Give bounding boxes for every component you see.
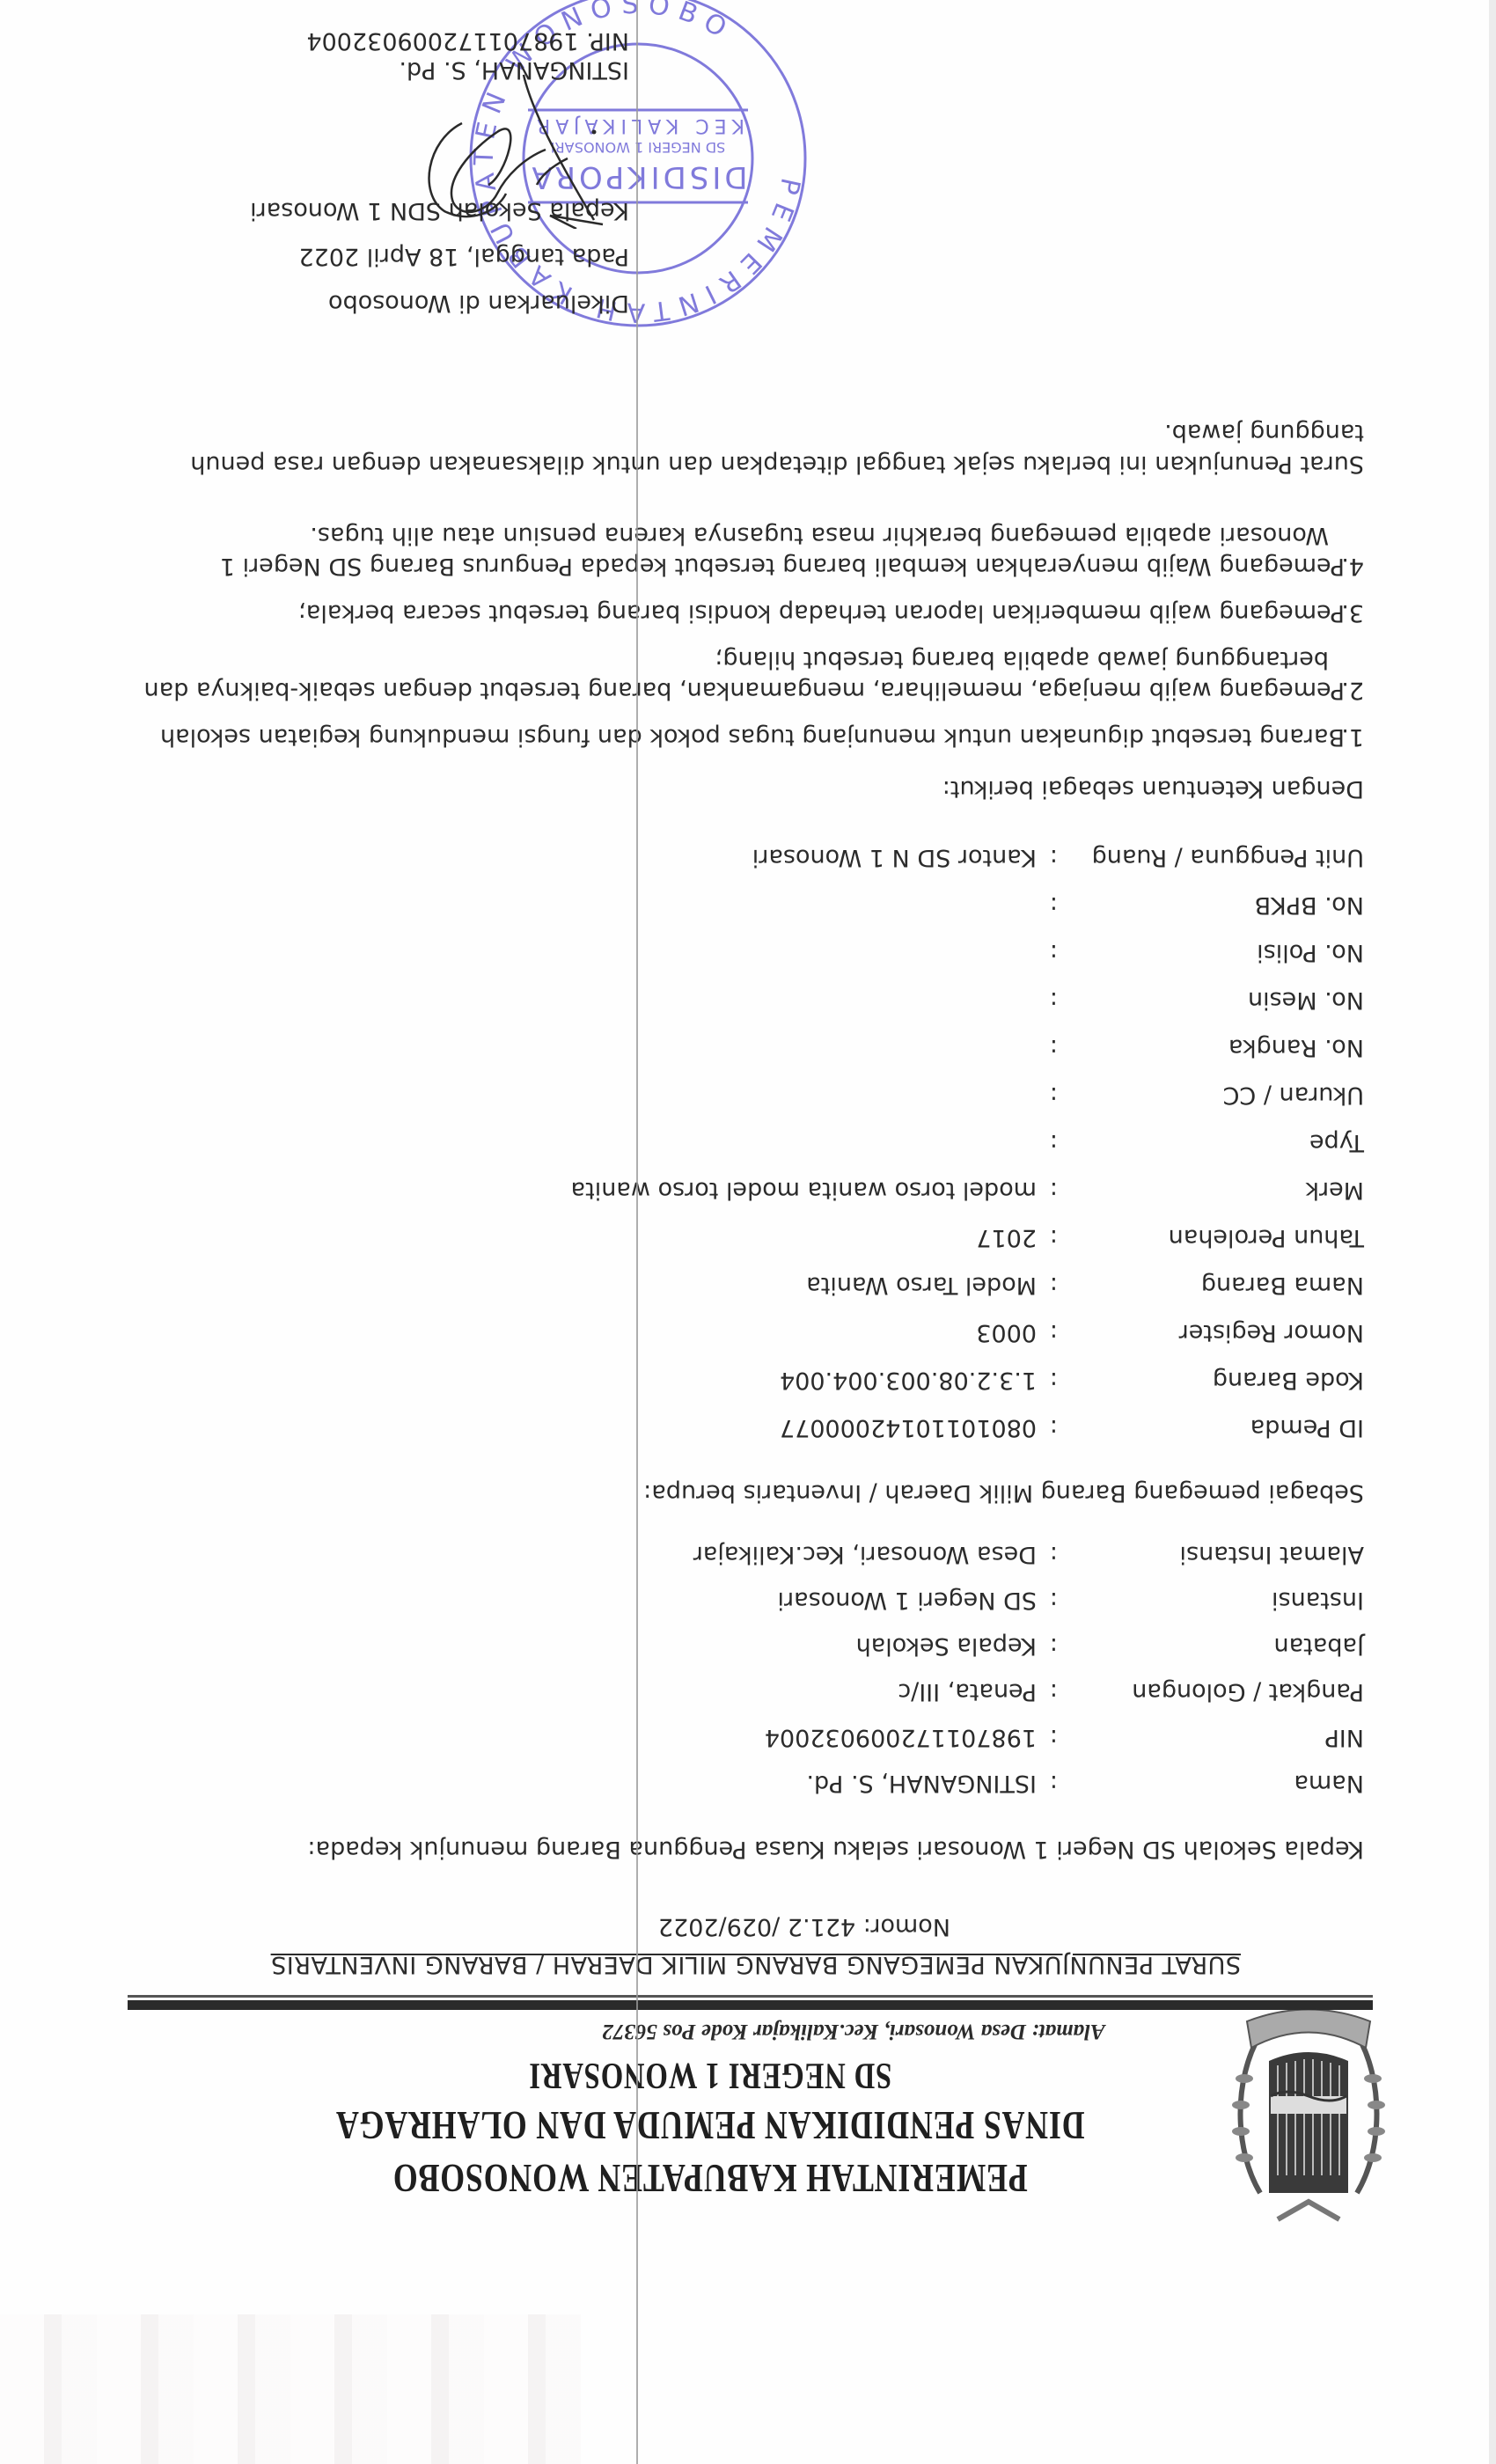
field-label: Alamat Instansi [1065, 1541, 1364, 1568]
field-label: Nama [1065, 1770, 1364, 1797]
field-colon: : [1050, 1319, 1058, 1346]
field-colon: : [1050, 1224, 1058, 1251]
field-value: 1.3.2.08.003.004.004 [780, 1367, 1037, 1394]
field-colon: : [1050, 1129, 1058, 1156]
handwritten-signature-icon [400, 70, 629, 229]
closing-text: Surat Penunjukan ini berlaku sejak tangg… [123, 416, 1364, 480]
field-label: Merk [1065, 1177, 1364, 1204]
field-colon: : [1050, 1367, 1058, 1394]
field-row: No. Rangka: [132, 1026, 1364, 1061]
letterhead-address: Alamat: Desa Wonosari, Kec.Kalikajar Kod… [414, 2019, 1294, 2043]
field-colon: : [1050, 1678, 1058, 1705]
field-row: ID Pemda:08010110142000077 [132, 1406, 1364, 1441]
field-label: Nomor Register [1065, 1319, 1364, 1346]
term-item: 2.Pemegang wajib menjaga, memelihara, me… [114, 644, 1364, 706]
field-row: No. Mesin: [132, 979, 1364, 1014]
field-colon: : [1050, 1414, 1058, 1441]
signer-name: ISTINGANAH, S. Pd. [399, 56, 629, 84]
field-row: Nama:ISTINGANAH, S. Pd. [132, 1762, 1364, 1797]
field-label: No. Polisi [1065, 939, 1364, 966]
field-row: Type: [132, 1121, 1364, 1156]
field-colon: : [1050, 1082, 1058, 1109]
issued-date: Pada tanggal, 18 April 2022 [298, 243, 629, 270]
term-text: Pemegang Wajib menyerahkan kembali baran… [114, 520, 1364, 582]
scan-edge-strip [1489, 0, 1496, 2464]
scanned-document-page: PEMERINTAH KABUPATEN WONOSOBO DINAS PEND… [0, 0, 1496, 2464]
field-label: Jabatan [1065, 1632, 1364, 1660]
letterhead-line-2: DINAS PENDIDIKAN PEMUDA DAN OLAHRAGA [281, 2102, 1139, 2149]
field-row: Pangkat / Golongan:Penata, III/c [132, 1670, 1364, 1705]
field-colon: : [1050, 1632, 1058, 1660]
field-row: Merk:model torso wanita model torso wani… [132, 1169, 1364, 1204]
field-label: No. Mesin [1065, 986, 1364, 1014]
field-colon: : [1050, 939, 1058, 966]
letterhead-rule [128, 2000, 1373, 2010]
field-row: No. Polisi: [132, 931, 1364, 966]
document-number: Nomor: 421.2 /029/2022 [658, 1913, 950, 1940]
field-row: Nama Barang:Model Tarso Wanita [132, 1264, 1364, 1299]
term-text: Pemegang wajib memberikan laporan terhad… [114, 598, 1364, 628]
field-value: Kantor SD N 1 Wonosari [752, 844, 1037, 871]
field-label: Tahun Perolehan [1065, 1224, 1364, 1251]
field-value: Model Tarso Wanita [806, 1272, 1037, 1299]
scan-shading [0, 2314, 581, 2464]
term-text: Pemegang wajib menjaga, memelihara, meng… [114, 644, 1364, 706]
term-item: 3.Pemegang wajib memberikan laporan terh… [114, 598, 1364, 628]
field-label: Unit Pengguna / Ruang [1065, 844, 1364, 871]
field-row: Tahun Perolehan:2017 [132, 1216, 1364, 1251]
field-value: Penata, III/c [898, 1678, 1037, 1705]
field-value: 198701172009032004 [765, 1724, 1037, 1751]
field-value: 2017 [976, 1224, 1037, 1251]
term-text: Barang tersebut digunakan untuk menunjan… [114, 722, 1364, 752]
field-label: Instansi [1065, 1587, 1364, 1614]
field-row: Jabatan:Kepala Sekolah [132, 1624, 1364, 1660]
field-colon: : [1050, 1724, 1058, 1751]
field-colon: : [1050, 844, 1058, 871]
field-value: Desa Wonosari, Kec.Kalikajar [693, 1541, 1037, 1568]
field-value: Kepala Sekolah [856, 1632, 1037, 1660]
field-colon: : [1050, 891, 1058, 919]
field-colon: : [1050, 1272, 1058, 1299]
letterhead-line-3: SD NEGERI 1 WONOSARI [281, 2054, 1139, 2096]
term-item: 1.Barang tersebut digunakan untuk menunj… [114, 722, 1364, 752]
issued-place: Dikeluarkan di Wonosobo [328, 290, 629, 317]
field-row: Alamat Instansi:Desa Wonosari, Kec.Kalik… [132, 1533, 1364, 1568]
field-row: Ukuran / CC: [132, 1074, 1364, 1109]
field-value: SD Negeri 1 Wonosari [778, 1587, 1038, 1614]
field-row: Kode Barang:1.3.2.08.003.004.004 [132, 1359, 1364, 1394]
field-label: Nama Barang [1065, 1272, 1364, 1299]
document-title: SURAT PENUNJUKAN PEMEGANG BARANG MILIK D… [271, 1951, 1241, 1978]
field-label: Kode Barang [1065, 1367, 1364, 1394]
field-row: Unit Pengguna / Ruang:Kantor SD N 1 Wono… [132, 836, 1364, 871]
terms-list: 1.Barang tersebut digunakan untuk menunj… [114, 504, 1364, 752]
intro-text: Kepala Sekolah SD Negeri 1 Wonosari sela… [307, 1832, 1364, 1866]
field-label: No. BPKB [1065, 891, 1364, 919]
field-label: Pangkat / Golongan [1065, 1678, 1364, 1705]
field-row: Nomor Register:0003 [132, 1311, 1364, 1346]
terms-intro-text: Dengan Ketentuan sebagai berikut: [942, 772, 1364, 805]
field-row: NIP:198701172009032004 [132, 1716, 1364, 1751]
field-label: ID Pemda [1065, 1414, 1364, 1441]
field-value: ISTINGANAH, S. Pd. [806, 1770, 1037, 1797]
field-colon: : [1050, 1034, 1058, 1061]
term-item: 4.Pemegang Wajib menyerahkan kembali bar… [114, 520, 1364, 582]
field-label: No. Rangka [1065, 1034, 1364, 1061]
letterhead-line-1: PEMERINTAH KABUPATEN WONOSOBO [281, 2155, 1139, 2202]
signer-nip: NIP. 198701172009032004 [306, 27, 629, 55]
field-colon: : [1050, 1541, 1058, 1568]
field-label: NIP [1065, 1724, 1364, 1751]
asset-intro-text: Sebagai pemegang Barang Milik Daerah / I… [643, 1476, 1364, 1509]
field-value: model torso wanita model torso wanita [571, 1177, 1037, 1204]
field-row: Instansi:SD Negeri 1 Wonosari [132, 1579, 1364, 1614]
term-number: 3. [1341, 598, 1364, 628]
term-number: 4. [1341, 551, 1364, 582]
field-label: Ukuran / CC [1065, 1082, 1364, 1109]
letterhead-rule-thin [128, 1995, 1373, 1998]
field-value: 0003 [976, 1319, 1037, 1346]
field-row: No. BPKB: [132, 884, 1364, 919]
field-label: Type [1065, 1129, 1364, 1156]
field-colon: : [1050, 1770, 1058, 1797]
field-colon: : [1050, 1177, 1058, 1204]
term-number: 2. [1341, 675, 1364, 706]
scan-artifact-line [636, 0, 638, 2464]
field-value: 08010110142000077 [780, 1414, 1037, 1441]
field-colon: : [1050, 1587, 1058, 1614]
field-colon: : [1050, 986, 1058, 1014]
term-number: 1. [1341, 722, 1364, 752]
